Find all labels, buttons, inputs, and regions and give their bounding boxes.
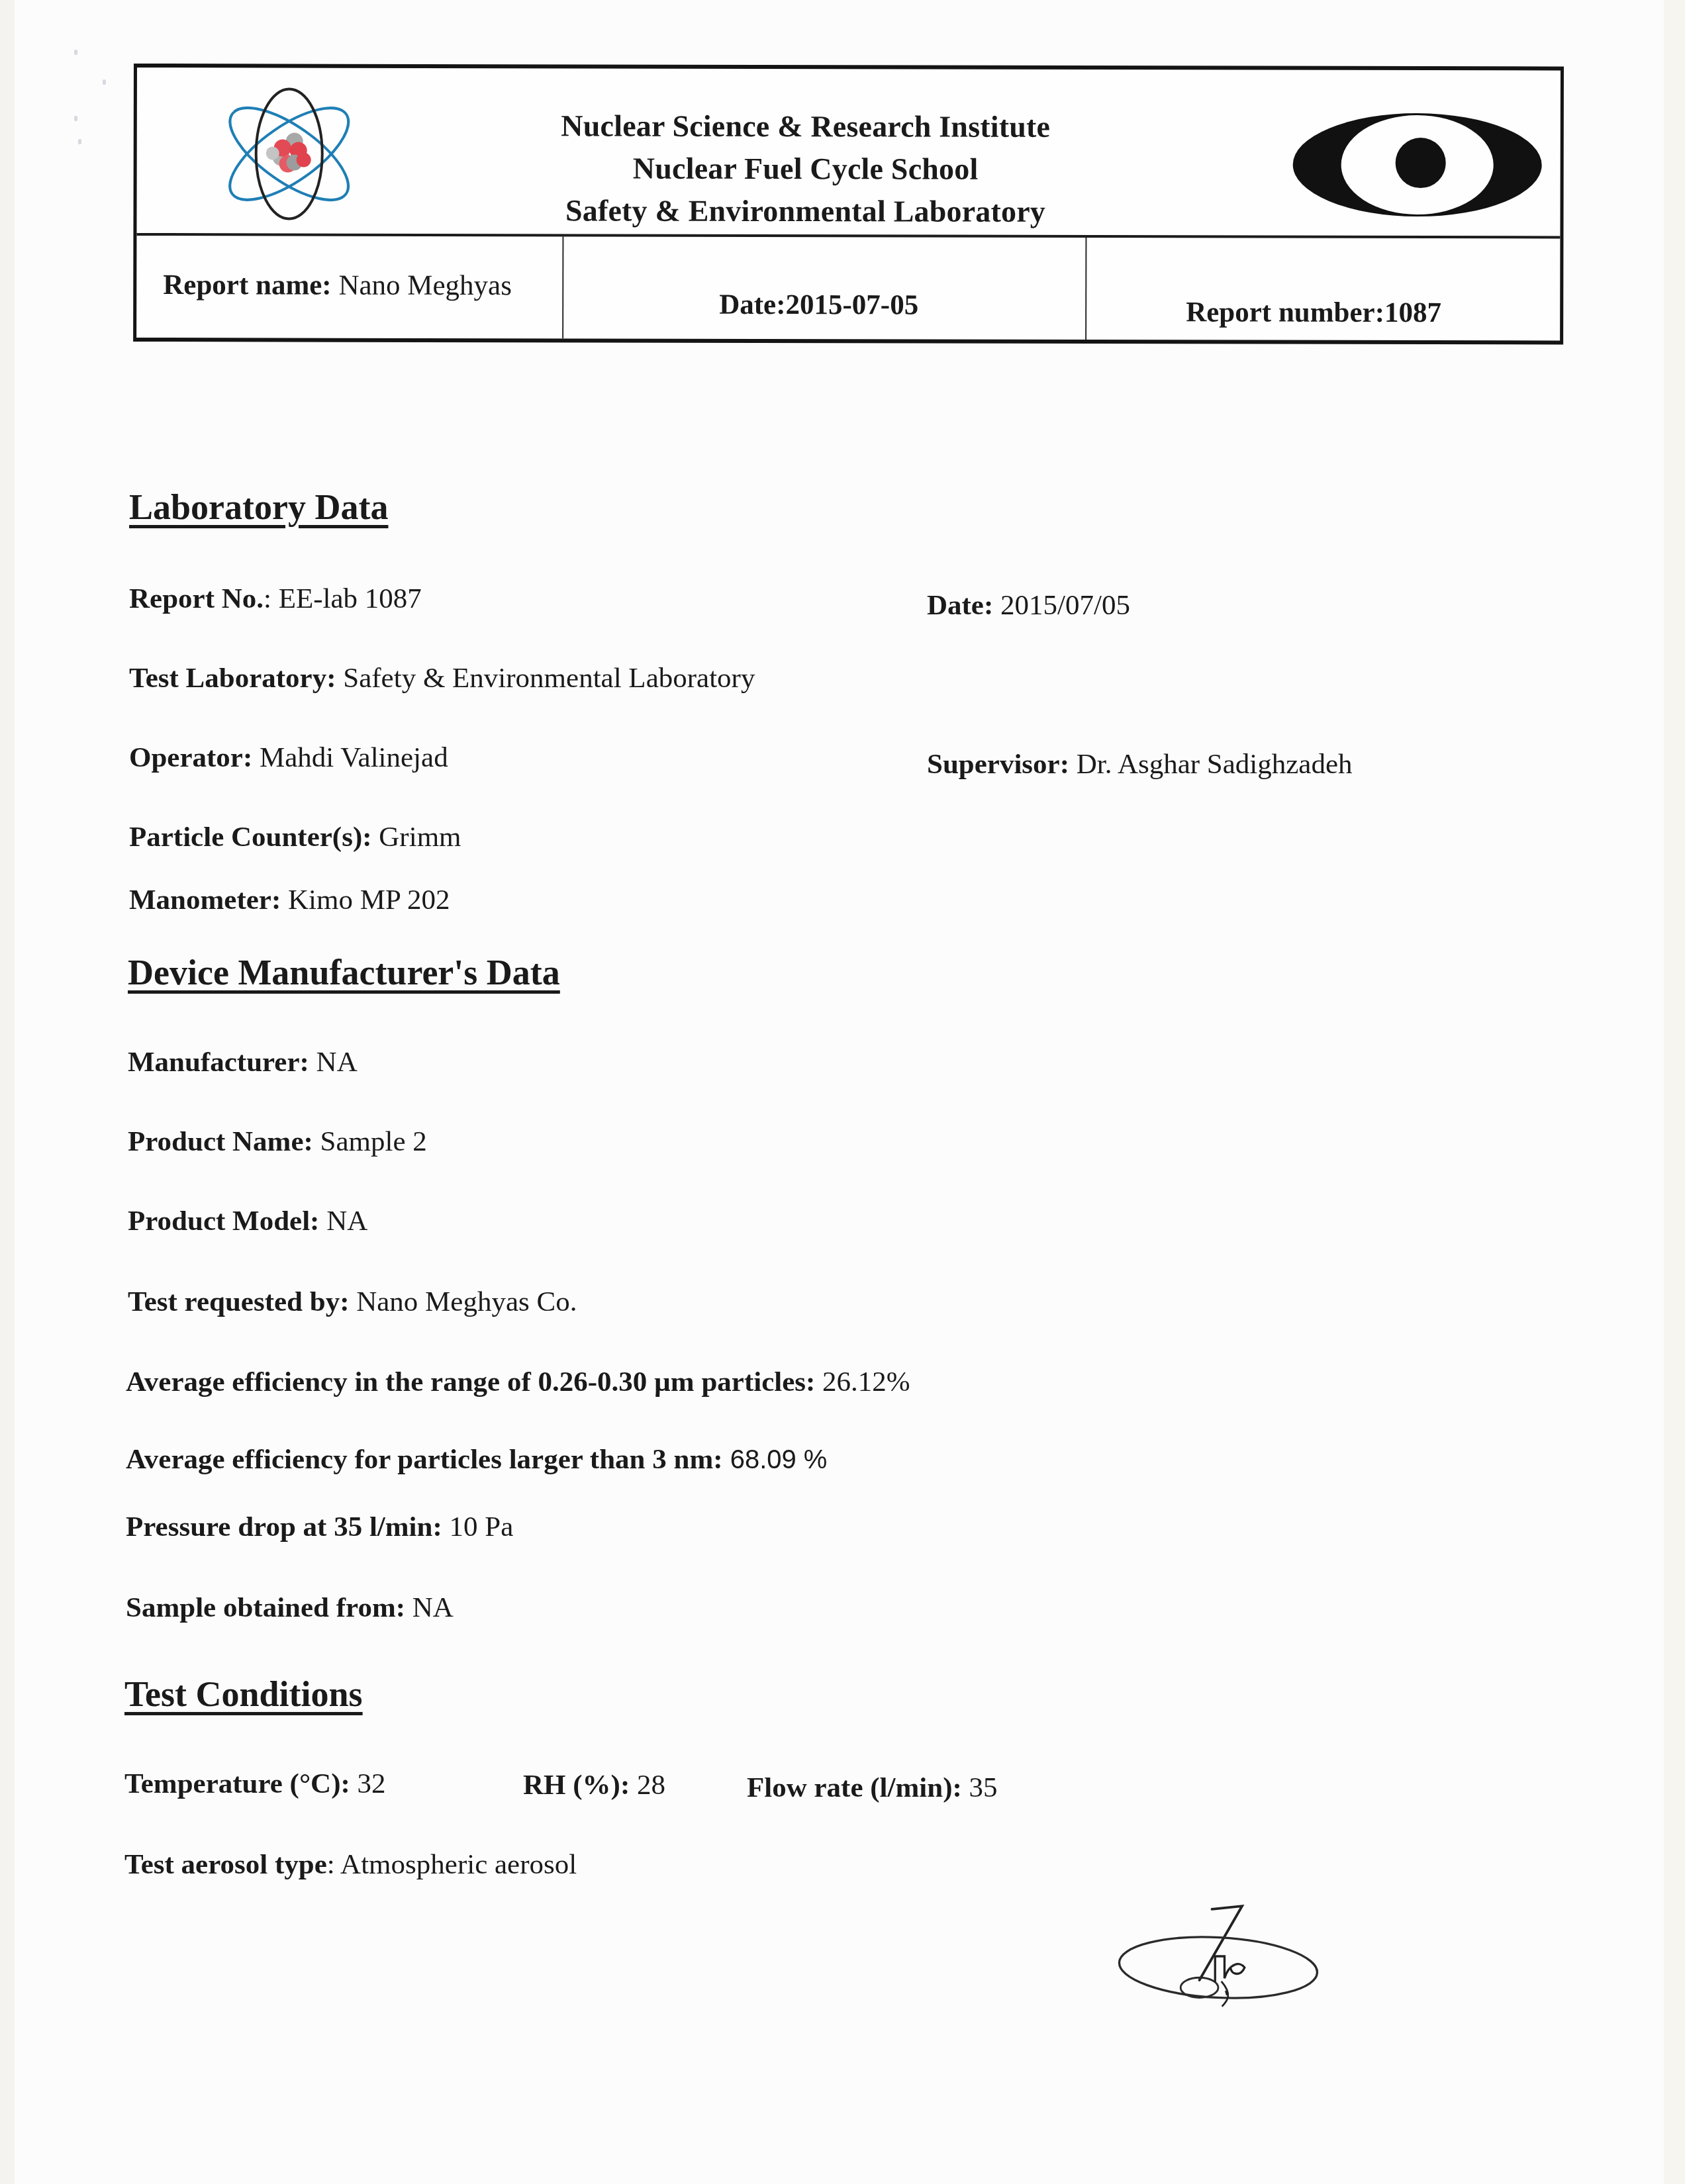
field-operator: Operator: Mahdi Valinejad	[129, 741, 448, 774]
particle-counter-value: Grimm	[372, 822, 461, 853]
manufacturer-value: NA	[309, 1047, 358, 1078]
school-name: Nuclear Fuel Cycle School	[508, 147, 1104, 191]
field-sample-obtained-from: Sample obtained from: NA	[126, 1591, 454, 1624]
manometer-label: Manometer:	[129, 884, 281, 916]
rh-value: 28	[630, 1770, 665, 1801]
field-aerosol-type: Test aerosol type: Atmospheric aerosol	[124, 1848, 577, 1881]
product-model-value: NA	[319, 1206, 367, 1237]
test-lab-value: Safety & Environmental Laboratory	[336, 663, 755, 694]
date-label: Date:	[927, 590, 993, 621]
date-value: 2015/07/05	[993, 590, 1130, 621]
flow-rate-label: Flow rate (l/min):	[747, 1772, 962, 1803]
report-date-cell: Date:2015-07-05	[563, 236, 1086, 340]
product-name-value: Sample 2	[313, 1126, 427, 1157]
institute-title: Nuclear Science & Research Institute Nuc…	[507, 105, 1103, 233]
temperature-value: 32	[350, 1768, 386, 1799]
field-rh: RH (%): 28	[523, 1769, 665, 1801]
efficiency-large-label: Average efficiency for particles larger …	[126, 1444, 723, 1475]
field-test-requested-by: Test requested by: Nano Meghyas Co.	[128, 1286, 577, 1318]
product-name-label: Product Name:	[128, 1126, 313, 1157]
rh-label: RH (%):	[523, 1770, 630, 1801]
field-test-laboratory: Test Laboratory: Safety & Environmental …	[129, 662, 755, 694]
field-manometer: Manometer: Kimo MP 202	[129, 884, 450, 916]
supervisor-value: Dr. Asghar Sadighzadeh	[1069, 749, 1353, 780]
section-test-conditions: Test Conditions	[124, 1674, 363, 1715]
requested-by-value: Nano Meghyas Co.	[349, 1286, 577, 1317]
product-model-label: Product Model:	[128, 1206, 319, 1237]
report-date: Date:2015-07-05	[719, 289, 918, 322]
field-product-name: Product Name: Sample 2	[128, 1125, 427, 1158]
report-number-cell: Report number:1087	[1086, 238, 1560, 340]
field-report-no: Report No.: EE-lab 1087	[129, 583, 422, 615]
lab-name: Safety & Environmental Laboratory	[507, 189, 1103, 233]
eye-logo-icon	[1290, 109, 1549, 222]
field-efficiency-large: Average efficiency for particles larger …	[126, 1443, 827, 1476]
report-no-label: Report No.	[129, 583, 264, 614]
operator-label: Operator:	[129, 742, 252, 773]
report-no-value: EE-lab 1087	[279, 583, 422, 614]
report-name-value: Nano Meghyas	[332, 270, 512, 302]
operator-value: Mahdi Valinejad	[252, 742, 448, 773]
field-flow-rate: Flow rate (l/min): 35	[747, 1772, 998, 1804]
aerosol-type-value: Atmospheric aerosol	[340, 1849, 577, 1880]
sample-from-value: NA	[405, 1592, 454, 1623]
section-device-data: Device Manufacturer's Data	[128, 952, 560, 993]
field-efficiency-range: Average efficiency in the range of 0.26-…	[126, 1366, 910, 1398]
report-name-cell: Report name: Nano Meghyas	[136, 236, 563, 338]
header-info-row: Report name: Nano Meghyas Date:2015-07-0…	[136, 236, 1560, 341]
requested-by-label: Test requested by:	[128, 1286, 349, 1317]
sample-from-label: Sample obtained from:	[126, 1592, 405, 1623]
section-laboratory-data: Laboratory Data	[129, 487, 388, 528]
particle-counter-label: Particle Counter(s):	[129, 822, 372, 853]
manometer-value: Kimo MP 202	[281, 884, 450, 916]
efficiency-large-value: 68.09 %	[723, 1445, 828, 1474]
flow-rate-value: 35	[962, 1772, 998, 1803]
field-temperature: Temperature (°C): 32	[124, 1768, 386, 1800]
header-top-row: Nuclear Science & Research Institute Nuc…	[136, 68, 1561, 239]
field-date: Date: 2015/07/05	[927, 589, 1130, 622]
field-manufacturer: Manufacturer: NA	[128, 1046, 358, 1078]
field-particle-counter: Particle Counter(s): Grimm	[129, 821, 461, 853]
institute-name: Nuclear Science & Research Institute	[508, 105, 1104, 148]
scan-artifacts	[66, 50, 99, 156]
field-pressure-drop: Pressure drop at 35 l/min: 10 Pa	[126, 1511, 513, 1543]
report-number: Report number:1087	[1186, 296, 1441, 329]
field-product-model: Product Model: NA	[128, 1205, 367, 1237]
signature-icon	[1099, 1887, 1337, 2026]
efficiency-range-value: 26.12%	[815, 1366, 910, 1398]
efficiency-range-label: Average efficiency in the range of 0.26-…	[126, 1366, 815, 1398]
pressure-drop-value: 10 Pa	[442, 1511, 514, 1543]
scan-edge-right	[1664, 0, 1685, 2184]
pressure-drop-label: Pressure drop at 35 l/min:	[126, 1511, 442, 1543]
field-supervisor: Supervisor: Dr. Asghar Sadighzadeh	[927, 748, 1353, 781]
report-name-label: Report name:	[163, 269, 331, 301]
temperature-label: Temperature (°C):	[124, 1768, 350, 1799]
test-lab-label: Test Laboratory:	[129, 663, 336, 694]
manufacturer-label: Manufacturer:	[128, 1047, 309, 1078]
aerosol-type-label: Test aerosol type	[124, 1849, 327, 1880]
report-header: Nuclear Science & Research Institute Nuc…	[133, 64, 1564, 345]
scan-edge-left	[0, 0, 15, 2184]
supervisor-label: Supervisor:	[927, 749, 1069, 780]
atom-logo-icon	[209, 84, 368, 224]
